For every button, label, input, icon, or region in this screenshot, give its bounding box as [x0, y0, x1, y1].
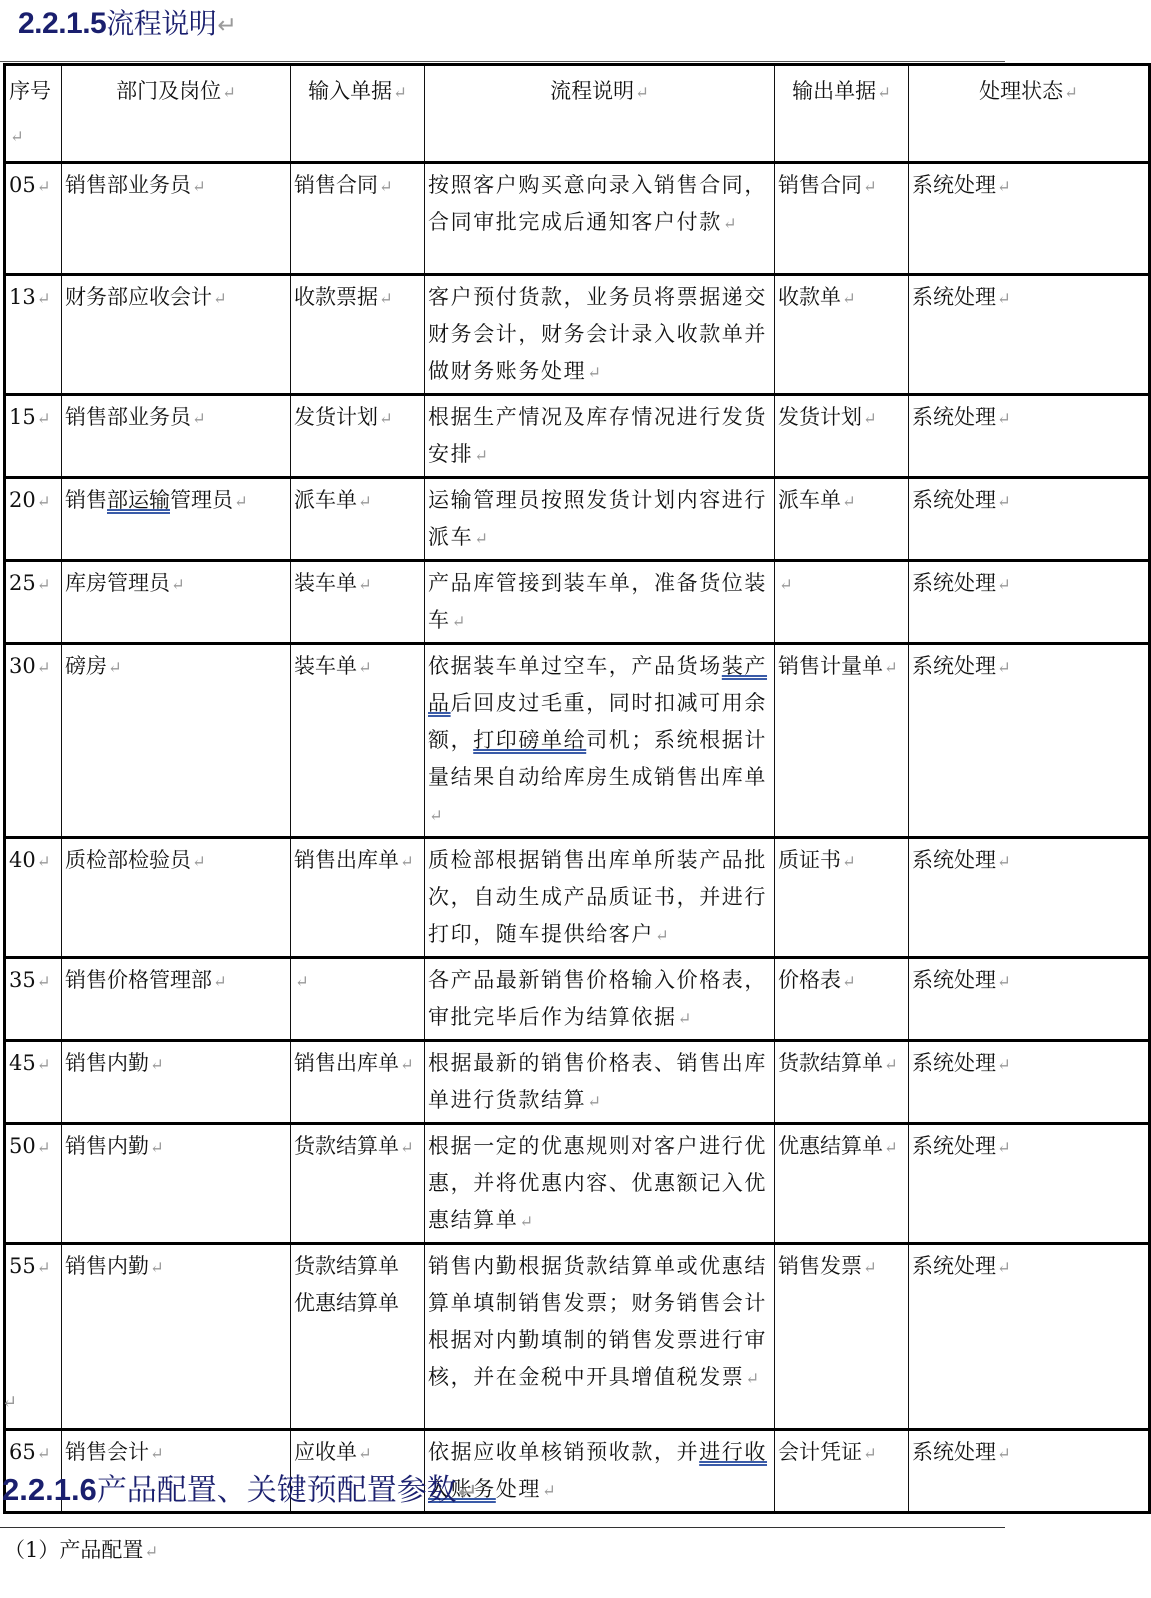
header-desc: 流程说明↵ [425, 65, 775, 163]
paragraph-mark-icon: ↵ [458, 1479, 478, 1506]
spell-check-underline: 部运输 [107, 488, 170, 512]
cell-input: 装车单↵ [291, 644, 425, 838]
subsection-label: （1）产品配置↵ [4, 1534, 158, 1564]
cell-seq: 35↵ [5, 958, 62, 1041]
cell-dept: 磅房↵ [62, 644, 291, 838]
cell-seq: 20↵ [5, 478, 62, 561]
cell-input: 收款票据↵ [291, 275, 425, 395]
cell-status: 系统处理↵ [909, 1244, 1150, 1430]
cell-desc: 根据生产情况及库存情况进行发货安排↵ [425, 395, 775, 478]
cell-input: 派车单↵ [291, 478, 425, 561]
cell-status: 系统处理↵ [909, 1124, 1150, 1244]
cell-input: 货款结算单优惠结算单 [291, 1244, 425, 1430]
header-seq: 序号↵ [5, 65, 62, 163]
cell-seq: 13↵ [5, 275, 62, 395]
cell-desc: 按照客户购买意向录入销售合同，合同审批完成后通知客户付款↵ [425, 163, 775, 275]
cell-dept: 销售部运输管理员↵ [62, 478, 291, 561]
cell-desc: 产品库管接到装车单，准备货位装车↵ [425, 561, 775, 644]
cell-output: 会计凭证↵ [775, 1430, 909, 1513]
cell-status: 系统处理↵ [909, 838, 1150, 958]
cell-input: 装车单↵ [291, 561, 425, 644]
cell-dept: 财务部应收会计↵ [62, 275, 291, 395]
cell-seq: 45↵ [5, 1041, 62, 1124]
cell-seq: 15↵ [5, 395, 62, 478]
table-row: 55↵ 销售内勤↵ 货款结算单优惠结算单 销售内勤根据货款结算单或优惠结算单填制… [5, 1244, 1150, 1430]
table-row: 30↵ 磅房↵ 装车单↵ 依据装车单过空车，产品货场装产品后回皮过毛重，同时扣减… [5, 644, 1150, 838]
cell-dept: 质检部检验员↵ [62, 838, 291, 958]
table-row: 50↵ 销售内勤↵ 货款结算单↵ 根据一定的优惠规则对客户进行优惠，并将优惠内容… [5, 1124, 1150, 1244]
cell-status: 系统处理↵ [909, 644, 1150, 838]
cell-status: 系统处理↵ [909, 1430, 1150, 1513]
cell-input: 销售合同↵ [291, 163, 425, 275]
cell-status: 系统处理↵ [909, 395, 1150, 478]
section-heading-2-2-1-5: 2.2.1.5流程说明↵ [18, 2, 236, 42]
cell-output: 销售合同↵ [775, 163, 909, 275]
cell-input: 发货计划↵ [291, 395, 425, 478]
cell-output: 销售计量单↵ [775, 644, 909, 838]
cell-seq: 50↵ [5, 1124, 62, 1244]
table-row: 45↵ 销售内勤↵ 销售出库单↵ 根据最新的销售价格表、销售出库单进行货款结算↵… [5, 1041, 1150, 1124]
cell-dept: 销售部业务员↵ [62, 163, 291, 275]
heading-divider [0, 61, 1005, 62]
header-output: 输出单据↵ [775, 65, 909, 163]
table-row: 25↵ 库房管理员↵ 装车单↵ 产品库管接到装车单，准备货位装车↵ ↵ 系统处理… [5, 561, 1150, 644]
cell-input: ↵ [291, 958, 425, 1041]
cell-desc: 质检部根据销售出库单所装产品批次，自动生成产品质证书，并进行打印，随车提供给客户… [425, 838, 775, 958]
cell-output: 优惠结算单↵ [775, 1124, 909, 1244]
cell-status: 系统处理↵ [909, 478, 1150, 561]
cell-seq: 25↵ [5, 561, 62, 644]
table-row: 13↵ 财务部应收会计↵ 收款票据↵ 客户预付货款，业务员将票据递交财务会计，财… [5, 275, 1150, 395]
cell-output: 销售发票↵ [775, 1244, 909, 1430]
header-dept: 部门及岗位↵ [62, 65, 291, 163]
cell-output: 派车单↵ [775, 478, 909, 561]
cell-dept: 销售部业务员↵ [62, 395, 291, 478]
cell-dept: 销售内勤↵ [62, 1124, 291, 1244]
header-input: 输入单据↵ [291, 65, 425, 163]
cell-output: 发货计划↵ [775, 395, 909, 478]
cell-desc: 运输管理员按照发货计划内容进行派车↵ [425, 478, 775, 561]
paragraph-mark-icon: ↵ [2, 1392, 17, 1413]
process-table: 序号↵ 部门及岗位↵ 输入单据↵ 流程说明↵ 输出单据↵ 处理状态↵ 05↵ 销… [3, 63, 1151, 1514]
cell-desc: 依据装车单过空车，产品货场装产品后回皮过毛重，同时扣减可用余额，打印磅单给司机；… [425, 644, 775, 838]
cell-output: 货款结算单↵ [775, 1041, 909, 1124]
table-header-row: 序号↵ 部门及岗位↵ 输入单据↵ 流程说明↵ 输出单据↵ 处理状态↵ [5, 65, 1150, 163]
cell-status: 系统处理↵ [909, 163, 1150, 275]
cell-desc: 根据一定的优惠规则对客户进行优惠，并将优惠内容、优惠额记入优惠结算单↵ [425, 1124, 775, 1244]
cell-status: 系统处理↵ [909, 1041, 1150, 1124]
cell-status: 系统处理↵ [909, 275, 1150, 395]
cell-seq: 40↵ [5, 838, 62, 958]
cell-input: 销售出库单↵ [291, 838, 425, 958]
cell-input: 销售出库单↵ [291, 1041, 425, 1124]
cell-desc: 销售内勤根据货款结算单或优惠结算单填制销售发票；财务销售会计根据对内勤填制的销售… [425, 1244, 775, 1430]
table-row: 15↵ 销售部业务员↵ 发货计划↵ 根据生产情况及库存情况进行发货安排↵ 发货计… [5, 395, 1150, 478]
cell-dept: 库房管理员↵ [62, 561, 291, 644]
cell-output: ↵ [775, 561, 909, 644]
cell-dept: 销售内勤↵ [62, 1041, 291, 1124]
cell-dept: 销售内勤↵ [62, 1244, 291, 1430]
cell-desc: 各产品最新销售价格输入价格表，审批完毕后作为结算依据↵ [425, 958, 775, 1041]
spell-check-underline: 打印磅单给 [473, 728, 586, 752]
cell-output: 收款单↵ [775, 275, 909, 395]
cell-seq: 05↵ [5, 163, 62, 275]
cell-desc: 客户预付货款，业务员将票据递交财务会计，财务会计录入收款单并做财务账务处理↵ [425, 275, 775, 395]
table-row: 40↵ 质检部检验员↵ 销售出库单↵ 质检部根据销售出库单所装产品批次，自动生成… [5, 838, 1150, 958]
header-status: 处理状态↵ [909, 65, 1150, 163]
paragraph-mark-icon: ↵ [217, 12, 236, 38]
table-row: 35↵ 销售价格管理部↵ ↵ 各产品最新销售价格输入价格表，审批完毕后作为结算依… [5, 958, 1150, 1041]
section-heading-2-2-1-6: 2.2.1.6产品配置、关键预配置参数↵ [2, 1465, 478, 1509]
cell-seq: 30↵ [5, 644, 62, 838]
cell-status: 系统处理↵ [909, 958, 1150, 1041]
cell-input: 货款结算单↵ [291, 1124, 425, 1244]
cell-output: 价格表↵ [775, 958, 909, 1041]
heading-divider [0, 1527, 1005, 1528]
cell-dept: 销售价格管理部↵ [62, 958, 291, 1041]
table-row: 05↵ 销售部业务员↵ 销售合同↵ 按照客户购买意向录入销售合同，合同审批完成后… [5, 163, 1150, 275]
cell-status: 系统处理↵ [909, 561, 1150, 644]
cell-desc: 根据最新的销售价格表、销售出库单进行货款结算↵ [425, 1041, 775, 1124]
table-row: 20↵ 销售部运输管理员↵ 派车单↵ 运输管理员按照发货计划内容进行派车↵ 派车… [5, 478, 1150, 561]
cell-output: 质证书↵ [775, 838, 909, 958]
